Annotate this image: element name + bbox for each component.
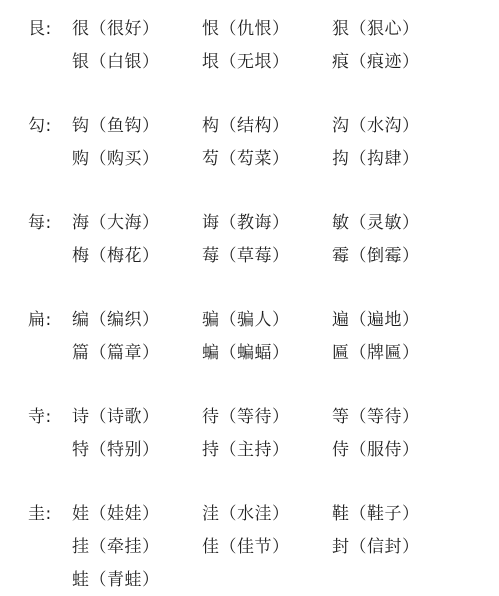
example-word: （水洼） bbox=[220, 504, 290, 524]
character-row: 特（特别）持（主持）侍（服侍） bbox=[72, 434, 499, 467]
section-rows: 钩（鱼钩）构（结构）沟（水沟）购（购买）芶（芶菜）抅（抅肆） bbox=[72, 110, 499, 176]
family-character: 痕 bbox=[332, 52, 350, 72]
radical-section: 勾: 钩（鱼钩）构（结构）沟（水沟）购（购买）芶（芶菜）抅（抅肆） bbox=[28, 110, 499, 176]
character-entry: 诗（诗歌） bbox=[72, 401, 202, 434]
character-entry: 编（编织） bbox=[72, 304, 202, 337]
example-word: （灵敏） bbox=[350, 213, 420, 233]
character-entry: 蝙（蝙蝠） bbox=[202, 337, 332, 370]
example-word: （特别） bbox=[90, 440, 160, 460]
section-rows: 很（很好）恨（仇恨）狠（狠心）银（白银）垠（无垠）痕（痕迹） bbox=[72, 13, 499, 79]
example-word: （结构） bbox=[220, 116, 290, 136]
character-row: 海（大海）诲（教诲）敏（灵敏） bbox=[72, 207, 499, 240]
section-rows: 娃（娃娃）洼（水洼）鞋（鞋子）挂（牵挂）佳（佳节）封（信封）蛙（青蛙） bbox=[72, 498, 499, 596]
example-word: （白银） bbox=[90, 52, 160, 72]
example-word: （鞋子） bbox=[350, 504, 420, 524]
example-word: （水沟） bbox=[350, 116, 420, 136]
character-entry: 沟（水沟） bbox=[332, 110, 462, 143]
section-rows: 编（编织）骗（骗人）遍（遍地）篇（篇章）蝙（蝙蝠）匾（牌匾） bbox=[72, 304, 499, 370]
character-row: 购（购买）芶（芶菜）抅（抅肆） bbox=[72, 143, 499, 176]
character-entry: 封（信封） bbox=[332, 531, 462, 564]
section-rows: 诗（诗歌）待（等待）等（等待）特（特别）持（主持）侍（服侍） bbox=[72, 401, 499, 467]
example-word: （篇章） bbox=[90, 343, 160, 363]
radical-label: 艮: bbox=[28, 13, 72, 46]
example-word: （编织） bbox=[90, 310, 160, 330]
family-character: 敏 bbox=[332, 213, 350, 233]
family-character: 莓 bbox=[202, 246, 220, 266]
example-word: （牌匾） bbox=[350, 343, 420, 363]
family-character: 封 bbox=[332, 537, 350, 557]
family-character: 梅 bbox=[72, 246, 90, 266]
character-entry: 梅（梅花） bbox=[72, 240, 202, 273]
character-entry: 敏（灵敏） bbox=[332, 207, 462, 240]
example-word: （痕迹） bbox=[350, 52, 420, 72]
character-entry: 恨（仇恨） bbox=[202, 13, 332, 46]
family-character: 垠 bbox=[202, 52, 220, 72]
character-entry: 遍（遍地） bbox=[332, 304, 462, 337]
example-word: （诗歌） bbox=[90, 407, 160, 427]
character-entry: 骗（骗人） bbox=[202, 304, 332, 337]
example-word: （教诲） bbox=[220, 213, 290, 233]
radical-label: 寺: bbox=[28, 401, 72, 434]
character-entry: 很（很好） bbox=[72, 13, 202, 46]
family-character: 篇 bbox=[72, 343, 90, 363]
radical-section: 寺: 诗（诗歌）待（等待）等（等待）特（特别）持（主持）侍（服侍） bbox=[28, 401, 499, 467]
family-character: 诲 bbox=[202, 213, 220, 233]
example-word: （等待） bbox=[220, 407, 290, 427]
worksheet-page: 艮: 很（很好）恨（仇恨）狠（狠心）银（白银）垠（无垠）痕（痕迹） 勾: 钩（鱼… bbox=[0, 0, 499, 596]
example-word: （佳节） bbox=[220, 537, 290, 557]
character-entry: 痕（痕迹） bbox=[332, 46, 462, 79]
character-entry: 抅（抅肆） bbox=[332, 143, 462, 176]
example-word: （牵挂） bbox=[90, 537, 160, 557]
family-character: 狠 bbox=[332, 19, 350, 39]
character-entry: 蛙（青蛙） bbox=[72, 564, 202, 596]
example-word: （服侍） bbox=[350, 440, 420, 460]
example-word: （芶菜） bbox=[220, 149, 290, 169]
character-row: 很（很好）恨（仇恨）狠（狠心） bbox=[72, 13, 499, 46]
character-entry: 篇（篇章） bbox=[72, 337, 202, 370]
character-entry: 购（购买） bbox=[72, 143, 202, 176]
example-word: （等待） bbox=[350, 407, 420, 427]
example-word: （蝙蝠） bbox=[220, 343, 290, 363]
example-word: （倒霉） bbox=[350, 246, 420, 266]
family-character: 沟 bbox=[332, 116, 350, 136]
character-row: 蛙（青蛙） bbox=[72, 564, 499, 596]
radical-label: 圭: bbox=[28, 498, 72, 531]
family-character: 编 bbox=[72, 310, 90, 330]
family-character: 等 bbox=[332, 407, 350, 427]
character-row: 银（白银）垠（无垠）痕（痕迹） bbox=[72, 46, 499, 79]
family-character: 骗 bbox=[202, 310, 220, 330]
character-row: 诗（诗歌）待（等待）等（等待） bbox=[72, 401, 499, 434]
character-entry: 诲（教诲） bbox=[202, 207, 332, 240]
section-rows: 海（大海）诲（教诲）敏（灵敏）梅（梅花）莓（草莓）霉（倒霉） bbox=[72, 207, 499, 273]
family-character: 挂 bbox=[72, 537, 90, 557]
family-character: 待 bbox=[202, 407, 220, 427]
character-row: 钩（鱼钩）构（结构）沟（水沟） bbox=[72, 110, 499, 143]
family-character: 银 bbox=[72, 52, 90, 72]
character-entry: 鞋（鞋子） bbox=[332, 498, 462, 531]
family-character: 海 bbox=[72, 213, 90, 233]
character-entry: 匾（牌匾） bbox=[332, 337, 462, 370]
character-row: 篇（篇章）蝙（蝙蝠）匾（牌匾） bbox=[72, 337, 499, 370]
character-entry: 霉（倒霉） bbox=[332, 240, 462, 273]
character-entry: 狠（狠心） bbox=[332, 13, 462, 46]
radical-section: 艮: 很（很好）恨（仇恨）狠（狠心）银（白银）垠（无垠）痕（痕迹） bbox=[28, 13, 499, 79]
example-word: （购买） bbox=[90, 149, 160, 169]
character-row: 梅（梅花）莓（草莓）霉（倒霉） bbox=[72, 240, 499, 273]
example-word: （无垠） bbox=[220, 52, 290, 72]
radical-label: 勾: bbox=[28, 110, 72, 143]
character-entry: 等（等待） bbox=[332, 401, 462, 434]
family-character: 佳 bbox=[202, 537, 220, 557]
character-entry: 莓（草莓） bbox=[202, 240, 332, 273]
character-entry: 娃（娃娃） bbox=[72, 498, 202, 531]
example-word: （大海） bbox=[90, 213, 160, 233]
family-character: 娃 bbox=[72, 504, 90, 524]
character-entry: 银（白银） bbox=[72, 46, 202, 79]
family-character: 持 bbox=[202, 440, 220, 460]
radical-label: 扁: bbox=[28, 304, 72, 337]
family-character: 特 bbox=[72, 440, 90, 460]
example-word: （骗人） bbox=[220, 310, 290, 330]
character-row: 娃（娃娃）洼（水洼）鞋（鞋子） bbox=[72, 498, 499, 531]
character-entry: 海（大海） bbox=[72, 207, 202, 240]
example-word: （遍地） bbox=[350, 310, 420, 330]
radical-section: 每: 海（大海）诲（教诲）敏（灵敏）梅（梅花）莓（草莓）霉（倒霉） bbox=[28, 207, 499, 273]
example-word: （抅肆） bbox=[350, 149, 420, 169]
example-word: （很好） bbox=[90, 19, 160, 39]
example-word: （梅花） bbox=[90, 246, 160, 266]
example-word: （青蛙） bbox=[90, 570, 160, 590]
family-character: 蝙 bbox=[202, 343, 220, 363]
family-character: 购 bbox=[72, 149, 90, 169]
family-character: 侍 bbox=[332, 440, 350, 460]
family-character: 洼 bbox=[202, 504, 220, 524]
character-entry: 持（主持） bbox=[202, 434, 332, 467]
character-entry: 构（结构） bbox=[202, 110, 332, 143]
character-entry: 洼（水洼） bbox=[202, 498, 332, 531]
radical-section: 扁: 编（编织）骗（骗人）遍（遍地）篇（篇章）蝙（蝙蝠）匾（牌匾） bbox=[28, 304, 499, 370]
family-character: 诗 bbox=[72, 407, 90, 427]
example-word: （主持） bbox=[220, 440, 290, 460]
character-row: 编（编织）骗（骗人）遍（遍地） bbox=[72, 304, 499, 337]
family-character: 恨 bbox=[202, 19, 220, 39]
family-character: 很 bbox=[72, 19, 90, 39]
radical-section: 圭: 娃（娃娃）洼（水洼）鞋（鞋子）挂（牵挂）佳（佳节）封（信封）蛙（青蛙） bbox=[28, 498, 499, 596]
character-entry: 垠（无垠） bbox=[202, 46, 332, 79]
character-entry: 待（等待） bbox=[202, 401, 332, 434]
example-word: （鱼钩） bbox=[90, 116, 160, 136]
character-entry: 芶（芶菜） bbox=[202, 143, 332, 176]
character-entry: 挂（牵挂） bbox=[72, 531, 202, 564]
character-entry: 钩（鱼钩） bbox=[72, 110, 202, 143]
family-character: 蛙 bbox=[72, 570, 90, 590]
family-character: 芶 bbox=[202, 149, 220, 169]
example-word: （狠心） bbox=[350, 19, 420, 39]
family-character: 抅 bbox=[332, 149, 350, 169]
radical-label: 每: bbox=[28, 207, 72, 240]
example-word: （娃娃） bbox=[90, 504, 160, 524]
family-character: 构 bbox=[202, 116, 220, 136]
family-character: 遍 bbox=[332, 310, 350, 330]
family-character: 钩 bbox=[72, 116, 90, 136]
family-character: 匾 bbox=[332, 343, 350, 363]
character-row: 挂（牵挂）佳（佳节）封（信封） bbox=[72, 531, 499, 564]
example-word: （仇恨） bbox=[220, 19, 290, 39]
character-entry: 侍（服侍） bbox=[332, 434, 462, 467]
character-entry: 特（特别） bbox=[72, 434, 202, 467]
example-word: （信封） bbox=[350, 537, 420, 557]
family-character: 霉 bbox=[332, 246, 350, 266]
family-character: 鞋 bbox=[332, 504, 350, 524]
character-entry: 佳（佳节） bbox=[202, 531, 332, 564]
example-word: （草莓） bbox=[220, 246, 290, 266]
